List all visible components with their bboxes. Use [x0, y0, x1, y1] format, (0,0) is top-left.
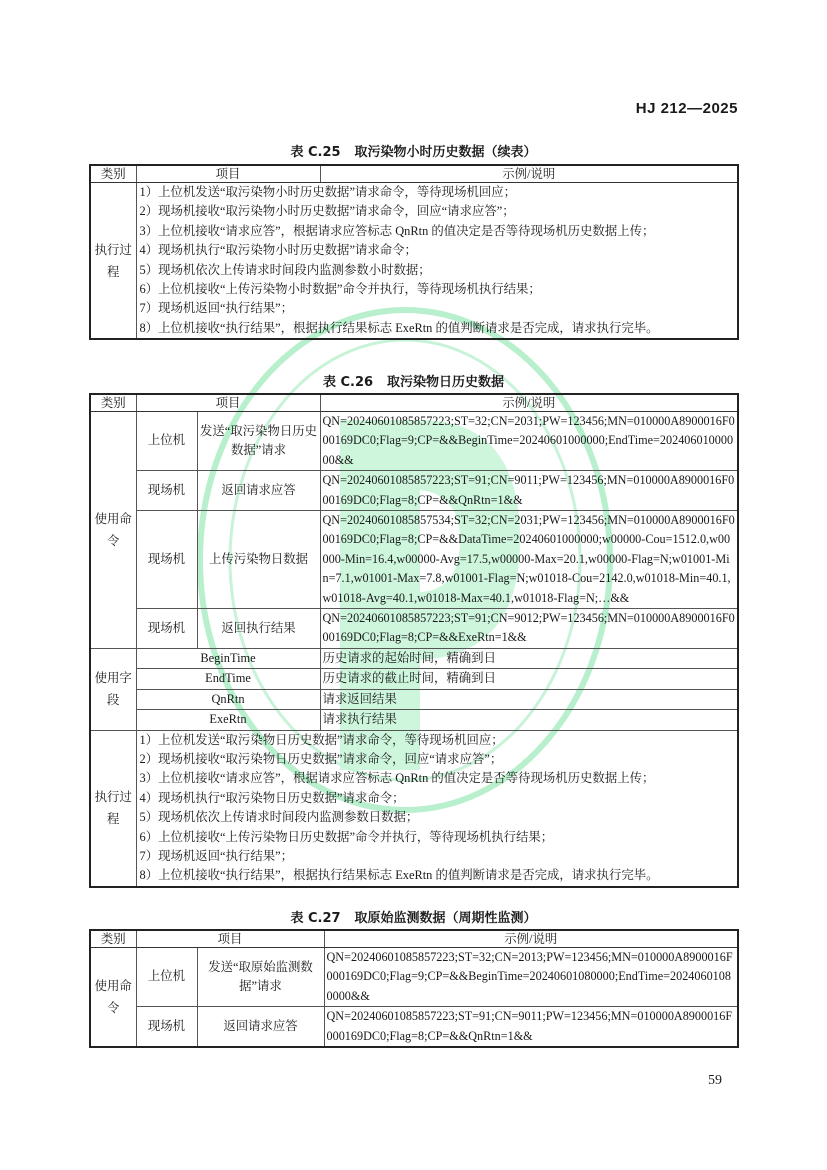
field-desc: 历史请求的起始时间，精确到日 [320, 648, 738, 668]
table-row-field: EndTime 历史请求的截止时间，精确到日 [90, 669, 738, 689]
table-number: 表 C.26 [323, 375, 373, 390]
process-step: 6）上位机接收“上传污染物小时数据”命令并执行，等待现场机执行结果； [140, 280, 736, 299]
field-desc: 请求执行结果 [320, 710, 738, 730]
table-number: 表 C.27 [290, 911, 340, 926]
table-c26: 类别 项目 示例/说明 使用命令 上位机 发送“取污染物日历史数据”请求 QN=… [89, 393, 739, 888]
command-example: QN=20240601085857223;ST=91;CN=9012;PW=12… [320, 609, 738, 649]
table-row-field: QnRtn 请求返回结果 [90, 689, 738, 709]
process-step: 4）现场机执行“取污染物日历史数据”请求命令； [140, 789, 736, 808]
field-name: BeginTime [136, 648, 320, 668]
page-number: 59 [708, 1073, 722, 1089]
command-actor: 上位机 [136, 412, 197, 471]
header-item: 项目 [136, 394, 320, 412]
table-caption-c27: 表 C.27取原始监测数据（周期性监测） [0, 907, 827, 926]
category-commands: 使用命令 [90, 412, 136, 649]
process-step: 8）上位机接收“执行结果”，根据执行结果标志 ExeRtn 的值判断请求是否完成… [140, 866, 736, 885]
command-actor: 现场机 [136, 609, 197, 649]
process-step: 3）上位机接收“请求应答”，根据请求应答标志 QnRtn 的值决定是否等待现场机… [140, 222, 736, 241]
table-row-field: 使用字段 BeginTime 历史请求的起始时间，精确到日 [90, 648, 738, 668]
table-row-command: 现场机 返回请求应答 QN=20240601085857223;ST=91;CN… [90, 1007, 738, 1047]
command-item: 发送“取原始监测数据”请求 [197, 948, 324, 1007]
process-step: 8）上位机接收“执行结果”，根据执行结果标志 ExeRtn 的值判断请求是否完成… [140, 319, 736, 338]
command-example: QN=20240601085857223;ST=32;CN=2013;PW=12… [324, 948, 738, 1007]
table-row-command: 现场机 返回请求应答 QN=20240601085857223;ST=91;CN… [90, 471, 738, 511]
command-example: QN=20240601085857223;ST=91;CN=9011;PW=12… [320, 471, 738, 511]
table-row-command: 现场机 上传污染物日数据 QN=20240601085857534;ST=32;… [90, 511, 738, 609]
field-name: EndTime [136, 669, 320, 689]
table-caption-c25: 表 C.25取污染物小时历史数据（续表） [0, 141, 827, 160]
table-row-process: 执行过程 1）上位机发送“取污染物日历史数据”请求命令，等待现场机回应； 2）现… [90, 730, 738, 887]
category-process: 执行过程 [90, 730, 136, 887]
process-step: 2）现场机接收“取污染物日历史数据”请求命令，回应“请求应答”； [140, 750, 736, 769]
process-step: 7）现场机返回“执行结果”； [140, 299, 736, 318]
field-desc: 历史请求的截止时间，精确到日 [320, 669, 738, 689]
command-item: 返回请求应答 [197, 1007, 324, 1047]
table-header-row: 类别 项目 示例/说明 [90, 930, 738, 948]
command-item: 上传污染物日数据 [197, 511, 320, 609]
table-row-command: 现场机 返回执行结果 QN=20240601085857223;ST=91;CN… [90, 609, 738, 649]
command-actor: 现场机 [136, 511, 197, 609]
field-name: QnRtn [136, 689, 320, 709]
process-step: 4）现场机执行“取污染物小时历史数据”请求命令； [140, 241, 736, 260]
table-row-field: ExeRtn 请求执行结果 [90, 710, 738, 730]
header-example: 示例/说明 [324, 930, 738, 948]
table-row-command: 使用命令 上位机 发送“取原始监测数据”请求 QN=20240601085857… [90, 948, 738, 1007]
header-example: 示例/说明 [320, 165, 738, 183]
category-commands: 使用命令 [90, 948, 136, 1048]
command-item: 发送“取污染物日历史数据”请求 [197, 412, 320, 471]
header-category: 类别 [90, 930, 136, 948]
command-example: QN=20240601085857223;ST=32;CN=2031;PW=12… [320, 412, 738, 471]
table-header-row: 类别 项目 示例/说明 [90, 394, 738, 412]
command-item: 返回执行结果 [197, 609, 320, 649]
process-steps: 1）上位机发送“取污染物日历史数据”请求命令，等待现场机回应； 2）现场机接收“… [136, 730, 738, 887]
table-row-command: 使用命令 上位机 发送“取污染物日历史数据”请求 QN=202406010858… [90, 412, 738, 471]
header-category: 类别 [90, 165, 136, 183]
header-example: 示例/说明 [320, 394, 738, 412]
process-step: 2）现场机接收“取污染物小时历史数据”请求命令，回应“请求应答”； [140, 202, 736, 221]
command-actor: 现场机 [136, 471, 197, 511]
command-actor: 上位机 [136, 948, 197, 1007]
field-desc: 请求返回结果 [320, 689, 738, 709]
table-row-process: 执行过程 1）上位机发送“取污染物小时历史数据”请求命令，等待现场机回应； 2）… [90, 183, 738, 340]
category-fields: 使用字段 [90, 648, 136, 730]
command-item: 返回请求应答 [197, 471, 320, 511]
header-item: 项目 [136, 930, 324, 948]
category-process: 执行过程 [90, 183, 136, 340]
process-step: 7）现场机返回“执行结果”； [140, 847, 736, 866]
command-example: QN=20240601085857223;ST=91;CN=9011;PW=12… [324, 1007, 738, 1047]
process-step: 3）上位机接收“请求应答”，根据请求应答标志 QnRtn 的值决定是否等待现场机… [140, 769, 736, 788]
process-step: 1）上位机发送“取污染物日历史数据”请求命令，等待现场机回应； [140, 731, 736, 750]
table-c27: 类别 项目 示例/说明 使用命令 上位机 发送“取原始监测数据”请求 QN=20… [89, 929, 739, 1048]
table-header-row: 类别 项目 示例/说明 [90, 165, 738, 183]
field-name: ExeRtn [136, 710, 320, 730]
process-steps: 1）上位机发送“取污染物小时历史数据”请求命令，等待现场机回应； 2）现场机接收… [136, 183, 738, 340]
process-step: 6）上位机接收“上传污染物日历史数据”命令并执行，等待现场机执行结果； [140, 828, 736, 847]
process-step: 5）现场机依次上传请求时间段内监测参数小时数据； [140, 261, 736, 280]
table-title: 取污染物小时历史数据（续表） [355, 145, 537, 160]
table-title: 取原始监测数据（周期性监测） [355, 911, 537, 926]
command-example: QN=20240601085857534;ST=32;CN=2031;PW=12… [320, 511, 738, 609]
process-step: 1）上位机发送“取污染物小时历史数据”请求命令，等待现场机回应； [140, 183, 736, 202]
document-id: HJ 212—2025 [636, 100, 738, 117]
process-step: 5）现场机依次上传请求时间段内监测参数日数据； [140, 808, 736, 827]
table-caption-c26: 表 C.26取污染物日历史数据 [0, 371, 827, 390]
table-title: 取污染物日历史数据 [387, 375, 504, 390]
header-item: 项目 [136, 165, 320, 183]
command-actor: 现场机 [136, 1007, 197, 1047]
header-category: 类别 [90, 394, 136, 412]
table-number: 表 C.25 [290, 145, 340, 160]
table-c25: 类别 项目 示例/说明 执行过程 1）上位机发送“取污染物小时历史数据”请求命令… [89, 164, 739, 340]
